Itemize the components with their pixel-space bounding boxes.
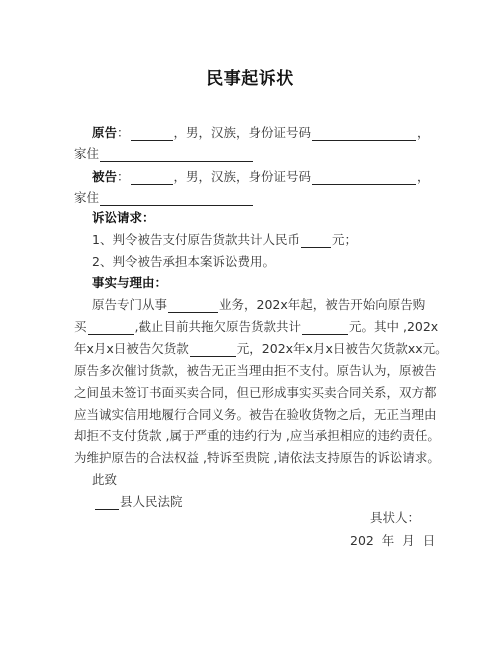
total-arrears-blank[interactable] bbox=[302, 321, 348, 335]
county-blank[interactable] bbox=[95, 496, 119, 510]
facts-text: 年x月x日被告欠货款 bbox=[74, 341, 189, 356]
facts-line-5: 之间虽未签订书面买卖合同，但已形成事实买卖合同关系，双方都 bbox=[74, 385, 437, 401]
plaintiff-line: 原告：，男，汉族，身份证号码， bbox=[92, 125, 430, 141]
defendant-id-blank[interactable] bbox=[312, 171, 416, 185]
defendant-address-line: 家住 bbox=[74, 190, 254, 206]
defendant-label: 被告 bbox=[92, 169, 117, 184]
defendant-colon: ： bbox=[117, 169, 130, 184]
filing-date: 202 年 月 日 bbox=[350, 531, 435, 549]
business-blank[interactable] bbox=[168, 299, 218, 313]
facts-text: ,截止目前共拖欠原告货款共计 bbox=[135, 319, 301, 334]
plaintiff-name-blank[interactable] bbox=[131, 127, 173, 141]
plaintiff-colon: ： bbox=[117, 125, 130, 140]
facts-text: 买 bbox=[74, 319, 87, 334]
salutation: 此致 bbox=[92, 472, 117, 488]
plaintiff-label: 原告 bbox=[92, 125, 117, 140]
document-title: 民事起诉状 bbox=[0, 64, 500, 89]
defendant-line: 被告：，男，汉族，身份证号码， bbox=[92, 169, 430, 185]
plaintiff-address-line: 家住 bbox=[74, 146, 254, 162]
plaintiff-id-blank[interactable] bbox=[312, 127, 416, 141]
facts-line-1: 原告专门从事业务，202x年起，被告开始向原告购 bbox=[92, 297, 425, 313]
arrears-amount-blank[interactable] bbox=[190, 343, 236, 357]
plaintiff-comma: ， bbox=[417, 125, 430, 140]
claim-item-2: 2、判令被告承担本案诉讼费用。 bbox=[92, 254, 275, 270]
plaintiff-address-blank[interactable] bbox=[100, 148, 253, 162]
claims-heading: 诉讼请求： bbox=[92, 210, 155, 226]
facts-line-2: 买,截止目前共拖欠原告货款共计元。其中 ,202x bbox=[74, 319, 438, 335]
court-line: 县人民法院 bbox=[94, 494, 183, 510]
signer-label: 具状人： bbox=[370, 508, 420, 526]
plaintiff-address-label: 家住 bbox=[74, 146, 99, 161]
facts-line-3: 年x月x日被告欠货款元，202x年x月x日被告欠货款xx元。 bbox=[74, 341, 448, 357]
facts-text: 元，202x年x月x日被告欠货款xx元。 bbox=[237, 341, 448, 356]
goods-blank[interactable] bbox=[88, 321, 134, 335]
facts-heading: 事实与理由： bbox=[92, 275, 167, 291]
claim-1-text: 1、判令被告支付原告货款共计人民币 bbox=[92, 232, 300, 247]
claim-1-suffix: 元； bbox=[332, 232, 357, 247]
court-name: 县人民法院 bbox=[120, 494, 183, 509]
facts-text: 业务，202x年起，被告开始向原告购 bbox=[219, 297, 425, 312]
defendant-address-blank[interactable] bbox=[100, 192, 253, 206]
facts-line-6: 应当诚实信用地履行合同义务。被告在验收货物之后，无正当理由 bbox=[74, 407, 437, 423]
facts-text: 元。其中 ,202x bbox=[349, 319, 438, 334]
defendant-name-blank[interactable] bbox=[131, 171, 173, 185]
defendant-address-label: 家住 bbox=[74, 190, 99, 205]
claim-item-1: 1、判令被告支付原告货款共计人民币元； bbox=[92, 232, 357, 248]
plaintiff-attrs: ，男，汉族，身份证号码 bbox=[174, 125, 312, 140]
defendant-attrs: ，男，汉族，身份证号码 bbox=[174, 169, 312, 184]
claim-amount-blank[interactable] bbox=[301, 234, 331, 248]
facts-line-8: 为维护原告的合法权益 ,特诉至贵院 ,请依法支持原告的诉讼请求。 bbox=[74, 450, 440, 466]
facts-line-4: 原告多次催讨货款，被告无正当理由拒不支付。原告认为，原被告 bbox=[74, 363, 437, 379]
complaint-document: 民事起诉状 原告：，男，汉族，身份证号码， 家住 被告：，男，汉族，身份证号码，… bbox=[0, 0, 500, 647]
defendant-comma: ， bbox=[417, 169, 430, 184]
facts-line-7: 却拒不支付货款 ,属于严重的违约行为 ,应当承担相应的违约责任。 bbox=[74, 428, 440, 444]
facts-text: 原告专门从事 bbox=[92, 297, 167, 312]
